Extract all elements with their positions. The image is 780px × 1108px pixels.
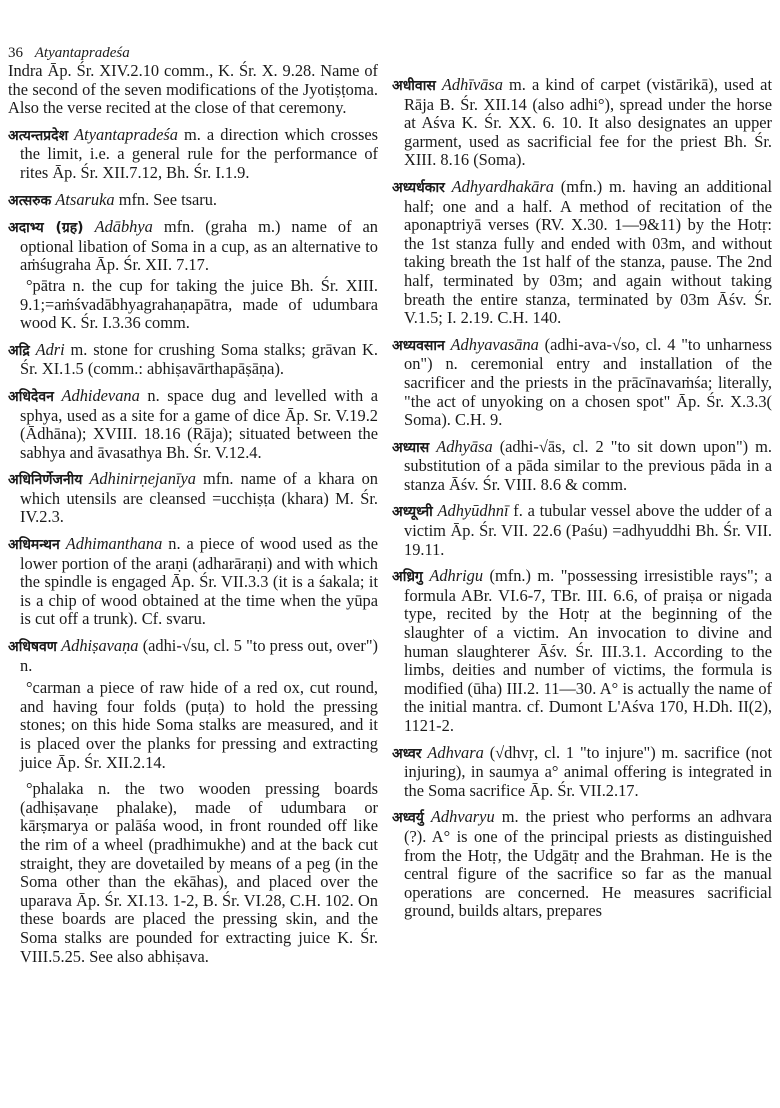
dictionary-entry: अद्रि Adri m. stone for crushing Soma st… <box>8 341 378 379</box>
headword: Atyantapradeśa <box>74 125 178 144</box>
dictionary-entry: अध्वर्यु Adhvaryu m. the priest who perf… <box>392 808 772 921</box>
dictionary-entry: अध्यूध्नी Adhyūdhnī f. a tubular vessel … <box>392 502 772 559</box>
headword: Adhimanthana <box>66 534 163 553</box>
headword: Adhyavasāna <box>451 335 539 354</box>
dictionary-entry: अत्सरुक Atsaruka mfn. See tsaru. <box>8 191 378 211</box>
entry-continuation: Indra Āp. Śr. XIV.2.10 comm., K. Śr. X. … <box>8 62 378 118</box>
sub-entry: °pātra n. the cup for taking the juice B… <box>20 277 378 333</box>
devanagari-headword: अध्यर्धकार <box>392 180 445 196</box>
headword: Adhvaryu <box>431 807 495 826</box>
entry-text: (mfn.) m. "possessing irresistible rays"… <box>404 566 772 735</box>
devanagari-headword: अधिदेवन <box>8 389 54 405</box>
headword: Adhidevana <box>62 386 140 405</box>
headword: Adhyāsa <box>436 437 492 456</box>
headword: Adhvara <box>427 743 483 762</box>
dictionary-entry: अत्यन्तप्रदेश Atyantapradeśa m. a direct… <box>8 126 378 183</box>
dictionary-entry: अधिनिर्णेजनीय Adhinirṇejanīya mfn. name … <box>8 470 378 527</box>
devanagari-headword: अध्वर्यु <box>392 810 424 826</box>
devanagari-headword: अध्वर <box>392 746 421 762</box>
dictionary-entry: अध्यास Adhyāsa (adhi-√ās, cl. 2 "to sit … <box>392 438 772 495</box>
dictionary-entry: अध्यर्धकार Adhyardhakāra (mfn.) m. havin… <box>392 178 772 328</box>
page-number: 36 <box>8 45 23 61</box>
dictionary-entry: अधीवास Adhīvāsa m. a kind of carpet (vis… <box>392 76 772 170</box>
devanagari-headword: अदाभ्य (ग्रह) <box>8 220 84 236</box>
devanagari-headword: अत्सरुक <box>8 193 51 209</box>
devanagari-headword: अधिनिर्णेजनीय <box>8 472 82 488</box>
devanagari-headword: अत्यन्तप्रदेश <box>8 128 68 144</box>
entry-text: mfn. See tsaru. <box>119 190 217 209</box>
entry-text: (mfn.) m. having an additional half; one… <box>404 177 772 327</box>
headword: Adhiṣavaṇa <box>61 636 138 655</box>
headword: Adhinirṇejanīya <box>89 469 196 488</box>
headword: Adābhya <box>95 217 153 236</box>
devanagari-headword: अधिषवण <box>8 639 57 655</box>
entry-text: Indra Āp. Śr. XIV.2.10 comm., K. Śr. X. … <box>8 61 378 117</box>
headword: Adhīvāsa <box>442 75 503 94</box>
left-column: Indra Āp. Śr. XIV.2.10 comm., K. Śr. X. … <box>8 62 378 974</box>
headword: Adri <box>36 340 65 359</box>
devanagari-headword: अध्यास <box>392 440 429 456</box>
dictionary-entry: अधिदेवन Adhidevana n. space dug and leve… <box>8 387 378 462</box>
running-head: Atyantapradeśa <box>35 45 130 61</box>
sub-entry: °phalaka n. the two wooden pressing boar… <box>20 780 378 966</box>
headword: Adhyardhakāra <box>452 177 554 196</box>
dictionary-entry: अदाभ्य (ग्रह) Adābhya mfn. (graha m.) na… <box>8 218 378 275</box>
entry-text: °carman a piece of raw hide of a red ox,… <box>20 678 378 771</box>
devanagari-headword: अध्यवसान <box>392 338 445 354</box>
devanagari-headword: अधीवास <box>392 78 436 94</box>
dictionary-entry: अधिषवण Adhiṣavaṇa (adhi-√su, cl. 5 "to p… <box>8 637 378 675</box>
devanagari-headword: अध्यूध्नी <box>392 504 433 520</box>
devanagari-headword: अधिमन्थन <box>8 537 60 553</box>
right-column: अधीवास Adhīvāsa m. a kind of carpet (vis… <box>392 76 772 929</box>
page-header: 36 Atyantapradeśa <box>8 44 130 62</box>
dictionary-entry: अध्रिगु Adhrigu (mfn.) m. "possessing ir… <box>392 567 772 735</box>
headword: Adhrigu <box>429 566 483 585</box>
devanagari-headword: अद्रि <box>8 343 30 359</box>
dictionary-entry: अध्वर Adhvara (√dhvṛ, cl. 1 "to injure")… <box>392 744 772 801</box>
entry-text: °pātra n. the cup for taking the juice B… <box>20 276 378 332</box>
entry-text: m. stone for crushing Soma stalks; grāva… <box>20 340 378 379</box>
headword: Atsaruka <box>55 190 114 209</box>
entry-text: °phalaka n. the two wooden pressing boar… <box>20 779 378 965</box>
headword: Adhyūdhnī <box>438 501 509 520</box>
dictionary-entry: अधिमन्थन Adhimanthana n. a piece of wood… <box>8 535 378 629</box>
sub-entry: °carman a piece of raw hide of a red ox,… <box>20 679 378 772</box>
devanagari-headword: अध्रिगु <box>392 569 423 585</box>
dictionary-entry: अध्यवसान Adhyavasāna (adhi-ava-√so, cl. … <box>392 336 772 430</box>
